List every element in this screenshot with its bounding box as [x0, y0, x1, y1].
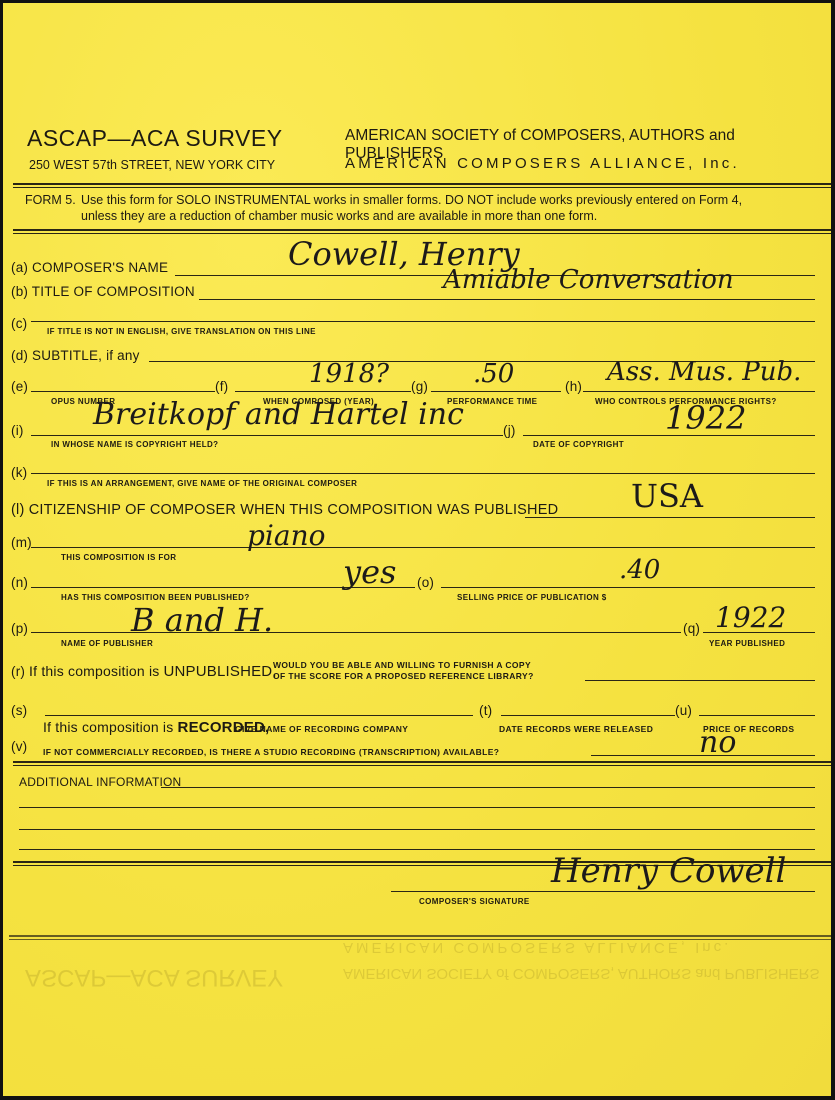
- publisher-line: [31, 632, 681, 633]
- performance-time-field[interactable]: .50: [473, 359, 514, 389]
- published-field[interactable]: yes: [343, 553, 396, 591]
- bleed-through-org: AMERICAN SOCIETY of COMPOSERS, AUTHORS a…: [343, 965, 820, 982]
- opus-label: (e): [11, 379, 28, 394]
- additional-info-line-2: [19, 807, 815, 808]
- copyright-date-sublabel: DATE OF COPYRIGHT: [533, 440, 624, 449]
- unpublished-line: [585, 680, 815, 681]
- performance-rights-label: (h): [565, 379, 582, 394]
- release-date-sublabel: DATE RECORDS WERE RELEASED: [499, 724, 653, 734]
- org-name-aca: AMERICAN COMPOSERS ALLIANCE, Inc.: [345, 155, 740, 172]
- citizenship-field[interactable]: USA: [631, 477, 703, 515]
- performance-rights-line: [583, 391, 815, 392]
- bleed-through-aca: AMERICAN COMPOSERS ALLIANCE, Inc.: [343, 939, 731, 956]
- instructions-line1: Use this form for SOLO INSTRUMENTAL work…: [81, 193, 742, 207]
- instructions-divider: [13, 229, 831, 234]
- copyright-date-field[interactable]: 1922: [665, 399, 746, 437]
- unpublished-label: (r) If this composition is UNPUBLISHED,: [11, 663, 277, 680]
- opus-line: [31, 391, 215, 392]
- release-date-line: [501, 715, 675, 716]
- unpublished-letter: (r): [11, 664, 25, 679]
- instrumentation-label: (m): [11, 535, 32, 550]
- arrangement-line: [31, 473, 815, 474]
- recorded-prefix-text: If this composition is: [43, 719, 173, 735]
- published-label: (n): [11, 575, 28, 590]
- studio-recording-letter: (v): [11, 739, 27, 754]
- title-line: [199, 299, 815, 300]
- citizenship-line: [525, 517, 815, 518]
- form-number: FORM 5.: [25, 193, 76, 207]
- instrumentation-sublabel: THIS COMPOSITION IS FOR: [61, 553, 176, 562]
- selling-price-sublabel: SELLING PRICE OF PUBLICATION $: [457, 593, 607, 602]
- header-divider: [13, 183, 831, 188]
- arrangement-sublabel: IF THIS IS AN ARRANGEMENT, GIVE NAME OF …: [47, 479, 357, 488]
- publisher-label: (p): [11, 621, 28, 636]
- additional-info-label: ADDITIONAL INFORMATION: [19, 775, 181, 789]
- recording-company-sublabel: GIVE NAME OF RECORDING COMPANY: [235, 724, 408, 734]
- title-label: (b) TITLE OF COMPOSITION: [11, 284, 195, 299]
- publisher-sublabel: NAME OF PUBLISHER: [61, 639, 153, 648]
- instructions-line2: unless they are a reduction of chamber m…: [81, 209, 597, 223]
- record-price-label: (u): [675, 703, 692, 718]
- recording-company-letter: (s): [11, 703, 27, 718]
- year-composed-label: (f): [215, 379, 228, 394]
- year-published-label: (q): [683, 621, 700, 636]
- title-field[interactable]: Amiable Conversation: [443, 265, 734, 295]
- instrumentation-field[interactable]: piano: [247, 519, 325, 552]
- signature-label: COMPOSER'S SIGNATURE: [419, 897, 530, 906]
- citizenship-label: (l) CITIZENSHIP OF COMPOSER WHEN THIS CO…: [11, 502, 558, 518]
- selling-price-label: (o): [417, 575, 434, 590]
- instrumentation-line: [31, 547, 815, 548]
- copyright-holder-field[interactable]: Breitkopf and Hartel inc: [93, 397, 464, 432]
- copyright-holder-label: (i): [11, 423, 24, 438]
- survey-address: 250 WEST 57th STREET, NEW YORK CITY: [29, 158, 275, 172]
- performance-time-label: (g): [411, 379, 428, 394]
- copyright-date-label: (j): [503, 423, 516, 438]
- additional-info-line-3: [19, 829, 815, 830]
- copyright-holder-line: [31, 435, 503, 436]
- unpublished-question-line1: WOULD YOU BE ABLE AND WILLING TO FURNISH…: [273, 660, 531, 670]
- signature-field[interactable]: Henry Cowell: [551, 851, 786, 891]
- performance-time-line: [431, 391, 561, 392]
- survey-form-page: ASCAP—ACA SURVEY 250 WEST 57th STREET, N…: [3, 3, 831, 1096]
- additional-info-line-4: [19, 849, 815, 850]
- recording-divider: [13, 761, 831, 766]
- year-composed-line: [235, 391, 411, 392]
- release-date-label: (t): [479, 703, 492, 718]
- recording-company-line: [45, 715, 473, 716]
- performance-rights-field[interactable]: Ass. Mus. Pub.: [607, 357, 801, 387]
- unpublished-prefix: If this composition is: [29, 663, 159, 679]
- signature-line: [391, 891, 815, 892]
- publisher-field[interactable]: B and H.: [131, 601, 273, 639]
- arrangement-label: (k): [11, 465, 27, 480]
- year-composed-field[interactable]: 1918?: [309, 359, 389, 389]
- unpublished-emph: UNPUBLISHED,: [163, 663, 276, 680]
- studio-recording-field[interactable]: no: [699, 725, 736, 760]
- translation-line: [31, 321, 815, 322]
- copyright-holder-sublabel: IN WHOSE NAME IS COPYRIGHT HELD?: [51, 440, 218, 449]
- subtitle-label: (d) SUBTITLE, if any: [11, 348, 140, 363]
- bleed-through-title: ASCAP—ACA SURVEY: [25, 963, 283, 991]
- unpublished-question-line2: OF THE SCORE FOR A PROPOSED REFERENCE LI…: [273, 671, 534, 681]
- translation-label: (c): [11, 316, 27, 331]
- record-price-line: [699, 715, 815, 716]
- selling-price-field[interactable]: .40: [619, 555, 660, 585]
- composer-name-label: (a) COMPOSER'S NAME: [11, 260, 168, 275]
- survey-title: ASCAP—ACA SURVEY: [27, 125, 283, 152]
- year-published-field[interactable]: 1922: [715, 601, 786, 634]
- translation-sublabel: IF TITLE IS NOT IN ENGLISH, GIVE TRANSLA…: [47, 327, 316, 336]
- studio-recording-sublabel: IF NOT COMMERCIALLY RECORDED, IS THERE A…: [43, 747, 499, 757]
- year-published-sublabel: YEAR PUBLISHED: [709, 639, 785, 648]
- selling-price-line: [441, 587, 815, 588]
- additional-info-line-1: [161, 787, 815, 788]
